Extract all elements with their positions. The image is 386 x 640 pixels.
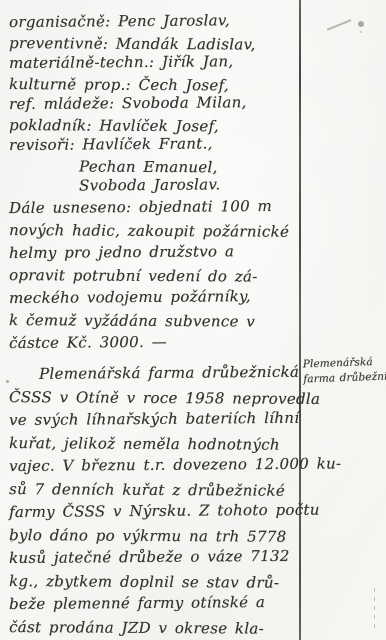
margin-note: Plemenářská farma drůbežnic. [303,355,386,388]
manuscript-line: Dále usneseno: objednati 100 m [9,194,301,219]
manuscript-line: helmy pro jedno družstvo a [9,239,301,264]
scan-artifact-rule [374,588,375,632]
manuscript-line: ve svých líhnařských bateriích líhní [9,407,301,432]
manuscript-page: organisačně: Penc Jaroslav, preventivně:… [0,0,386,640]
manuscript-line: částce Kč. 3000. — [9,329,301,354]
manuscript-line: meckého vodojemu požárníky, [9,284,301,309]
manuscript-line: vajec. V březnu t.r. dovezeno 12.000 ku- [9,453,301,478]
pencil-mark [327,19,352,30]
manuscript-line: beže plemenné farmy otínské a [9,591,301,616]
manuscript-line: ref. mládeže: Svoboda Milan, [9,92,301,115]
manuscript-line: část prodána JZD v okrese kla- [9,616,301,640]
margin-note-line: farma drůbežnic. [303,370,385,388]
pencil-mark [358,21,364,27]
manuscript-line: revisoři: Havlíček Frant., [9,133,301,156]
manuscript-line: materiálně-techn.: Jiřík Jan, [9,51,301,74]
manuscript-text-block: organisačně: Penc Jaroslav, preventivně:… [9,12,301,639]
manuscript-line: Plemenářská farma drůbežnická [9,361,301,386]
farm-paragraph: Plemenářská farma drůbežnická ČSSS v Otí… [9,363,301,639]
resolution-paragraph: Dále usneseno: objednati 100 m nových ha… [9,197,301,355]
manuscript-line: Svoboda Jaroslav. [9,174,301,197]
manuscript-line: organisačně: Penc Jaroslav, [9,10,301,33]
manuscript-line: kusů jatečné drůbeže o váze 7132 [9,545,301,570]
officials-list: organisačně: Penc Jaroslav, preventivně:… [9,12,301,197]
manuscript-line: farmy ČSSS v Nýrsku. Z tohoto počtu [9,499,301,524]
